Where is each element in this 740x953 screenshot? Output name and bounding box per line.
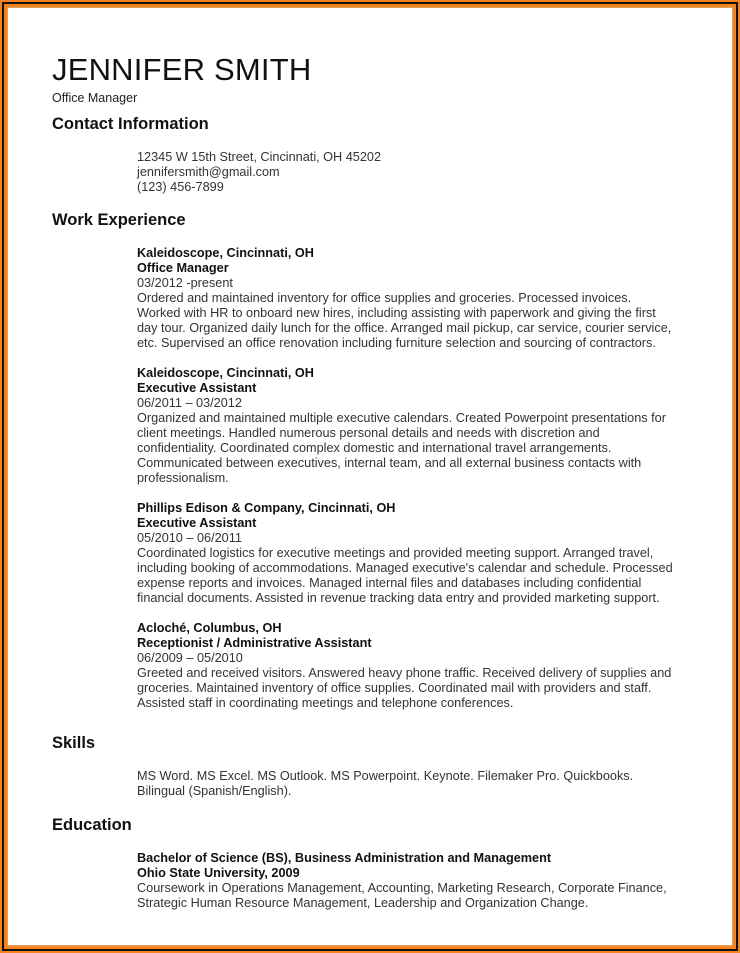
section-heading-skills: Skills: [52, 734, 95, 753]
job-entry: Phillips Edison & Company, Cincinnati, O…: [137, 501, 673, 606]
job-description-line: Organized and maintained multiple execut…: [137, 411, 666, 426]
job-role: Executive Assistant: [137, 516, 673, 531]
job-description-line: groceries. Maintained inventory of offic…: [137, 681, 671, 696]
section-heading-contact: Contact Information: [52, 115, 209, 134]
section-heading-education: Education: [52, 816, 132, 835]
job-dates: 06/2011 – 03/2012: [137, 396, 666, 411]
candidate-title: Office Manager: [52, 91, 137, 105]
skills-line: MS Word. MS Excel. MS Outlook. MS Powerp…: [137, 769, 633, 784]
education-degree: Bachelor of Science (BS), Business Admin…: [137, 851, 667, 866]
job-description-line: including booking of accommodations. Man…: [137, 561, 673, 576]
job-description-line: Assisted staff in coordinating meetings …: [137, 696, 671, 711]
skills-block: MS Word. MS Excel. MS Outlook. MS Powerp…: [137, 769, 633, 799]
job-company: Acloché, Columbus, OH: [137, 621, 671, 636]
job-description-line: Communicated between executives, interna…: [137, 456, 666, 471]
job-role: Executive Assistant: [137, 381, 666, 396]
contact-block: 12345 W 15th Street, Cincinnati, OH 4520…: [137, 150, 381, 195]
education-coursework-line: Strategic Human Resource Management, Lea…: [137, 896, 667, 911]
candidate-name: JENNIFER SMITH: [52, 52, 311, 88]
job-company: Kaleidoscope, Cincinnati, OH: [137, 366, 666, 381]
resume-page: JENNIFER SMITH Office Manager Contact In…: [7, 7, 733, 946]
job-entry: Acloché, Columbus, OH Receptionist / Adm…: [137, 621, 671, 711]
contact-phone: (123) 456-7899: [137, 180, 381, 195]
section-heading-experience: Work Experience: [52, 211, 186, 230]
job-description-line: expense reports and invoices. Managed in…: [137, 576, 673, 591]
job-description-line: professionalism.: [137, 471, 666, 486]
education-block: Bachelor of Science (BS), Business Admin…: [137, 851, 667, 911]
job-company: Kaleidoscope, Cincinnati, OH: [137, 246, 671, 261]
job-description-line: Coordinated logistics for executive meet…: [137, 546, 673, 561]
job-entry: Kaleidoscope, Cincinnati, OH Executive A…: [137, 366, 666, 486]
job-description-line: day tour. Organized daily lunch for the …: [137, 321, 671, 336]
education-coursework-line: Coursework in Operations Management, Acc…: [137, 881, 667, 896]
education-school: Ohio State University, 2009: [137, 866, 667, 881]
job-description-line: confidentiality. Coordinated complex dom…: [137, 441, 666, 456]
job-dates: 03/2012 -present: [137, 276, 671, 291]
contact-address: 12345 W 15th Street, Cincinnati, OH 4520…: [137, 150, 381, 165]
job-entry: Kaleidoscope, Cincinnati, OH Office Mana…: [137, 246, 671, 351]
job-description-line: Worked with HR to onboard new hires, inc…: [137, 306, 671, 321]
job-role: Office Manager: [137, 261, 671, 276]
job-company: Phillips Edison & Company, Cincinnati, O…: [137, 501, 673, 516]
job-description-line: Ordered and maintained inventory for off…: [137, 291, 671, 306]
job-role: Receptionist / Administrative Assistant: [137, 636, 671, 651]
skills-line: Bilingual (Spanish/English).: [137, 784, 633, 799]
contact-email: jennifersmith@gmail.com: [137, 165, 381, 180]
job-dates: 05/2010 – 06/2011: [137, 531, 673, 546]
job-description-line: financial documents. Assisted in revenue…: [137, 591, 673, 606]
job-description-line: etc. Supervised an office renovation inc…: [137, 336, 671, 351]
job-description-line: Greeted and received visitors. Answered …: [137, 666, 671, 681]
job-dates: 06/2009 – 05/2010: [137, 651, 671, 666]
job-description-line: client meetings. Handled numerous person…: [137, 426, 666, 441]
